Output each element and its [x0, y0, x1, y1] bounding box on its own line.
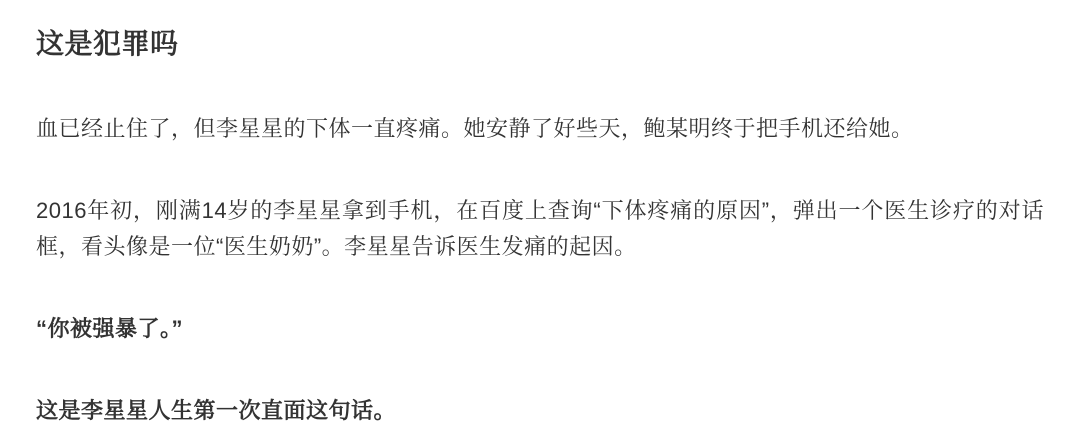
article-heading: 这是犯罪吗 [36, 24, 1044, 64]
article-paragraph-emphasis: “你被强暴了。” [36, 311, 1044, 347]
article-paragraph: 2016年初，刚满14岁的李星星拿到手机，在百度上查询“下体疼痛的原因”，弹出一… [36, 193, 1044, 265]
article-paragraph: 血已经止住了，但李星星的下体一直疼痛。她安静了好些天，鲍某明终于把手机还给她。 [36, 111, 1044, 147]
article-body: 这是犯罪吗 血已经止住了，但李星星的下体一直疼痛。她安静了好些天，鲍某明终于把手… [0, 0, 1080, 429]
article-paragraph-emphasis: 这是李星星人生第一次直面这句话。 [36, 393, 1044, 429]
